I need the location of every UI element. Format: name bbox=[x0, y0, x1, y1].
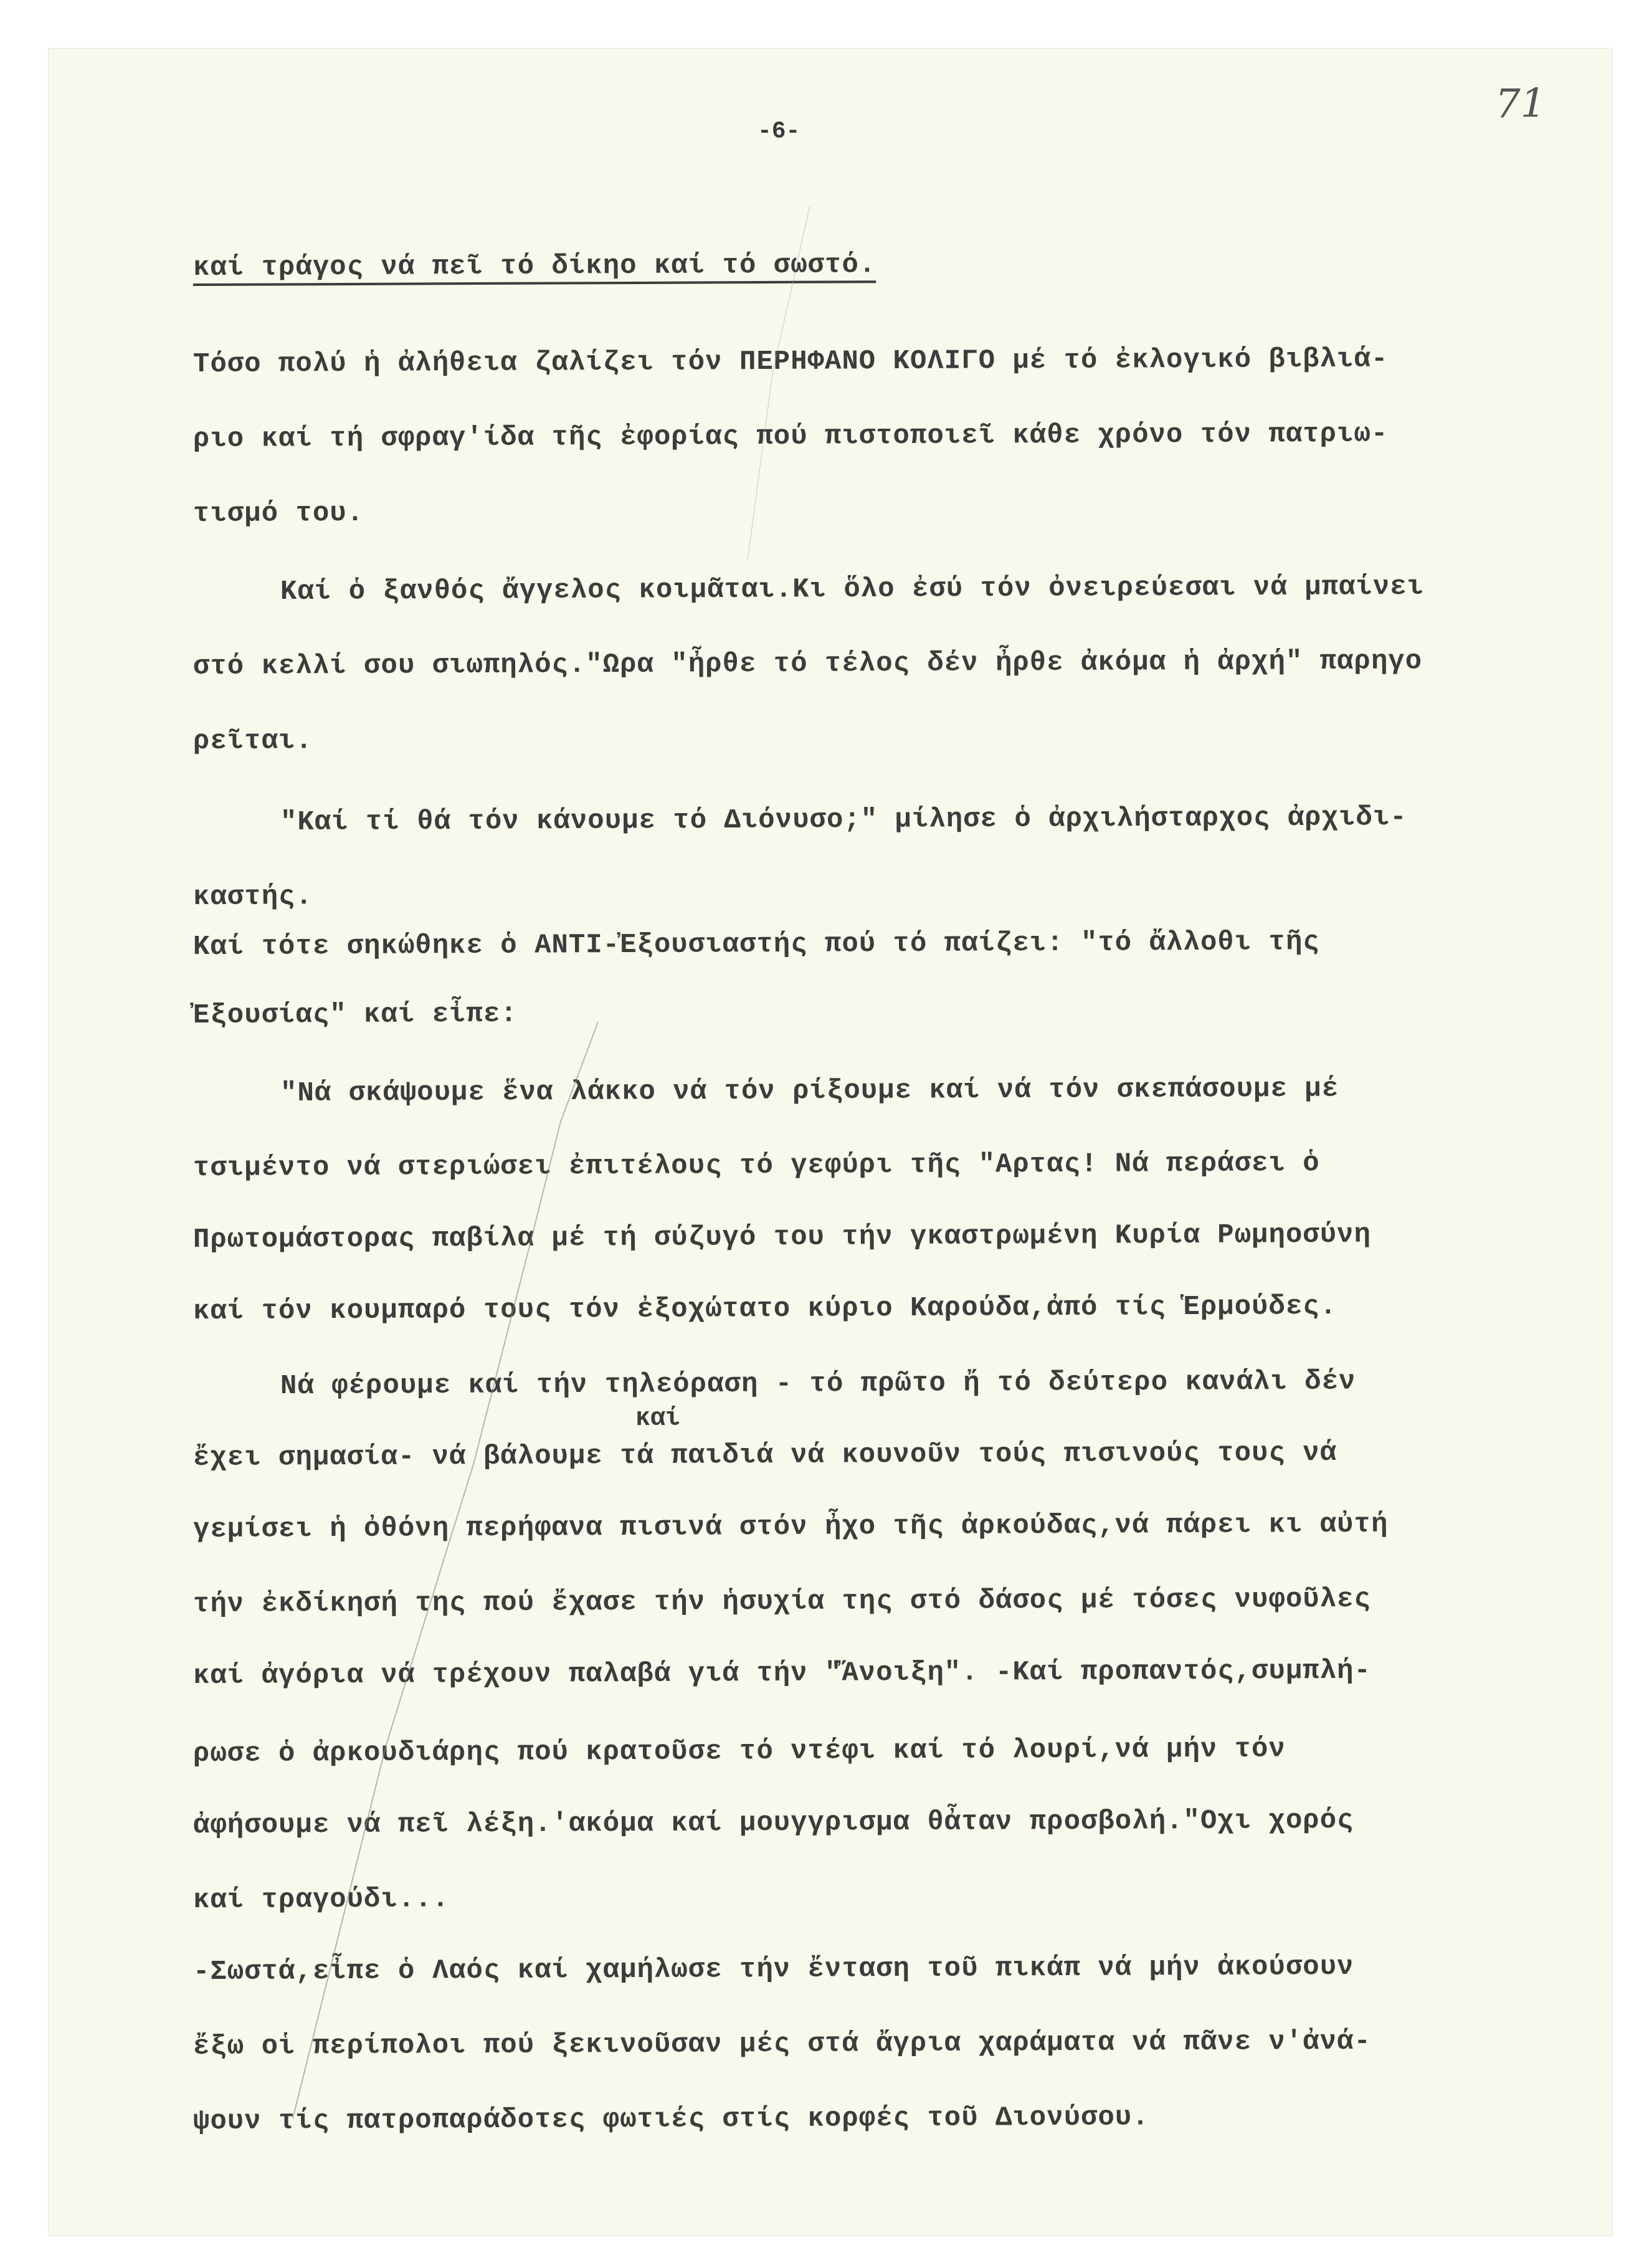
text-line: ψουν τίς πατροπαράδοτες φωτιές στίς κορφ… bbox=[193, 2102, 1149, 2137]
text-line: στό κελλί σου σιωπηλός."Ωρα "ἦρθε τό τέλ… bbox=[193, 646, 1422, 682]
text-line: Τόσο πολύ ἡ ἀλήθεια ζαλίζει τόν ΠΕΡΗΦΑΝΟ… bbox=[193, 344, 1389, 380]
text-line: ἔξω οἱ περίπολοι πού ξεκινοῦσαν μές στά … bbox=[193, 2026, 1371, 2062]
text-line-underlined: καί τράγος νά πεῖ τό δίκηο καί τό σωστό. bbox=[193, 249, 876, 283]
text-line: Καί τότε σηκώθηκε ὁ ΑΝΤΙ-Ἐξουσιαστής πού… bbox=[193, 927, 1320, 963]
text-line: τσιμέντο νά στεριώσει ἐπιτέλους τό γεφύρ… bbox=[193, 1148, 1320, 1184]
handwritten-insertion: καί bbox=[635, 1405, 680, 1433]
text-line: τισμό του. bbox=[193, 498, 364, 530]
text-line: "Καί τί θά τόν κάνουμε τό Διόνυσο;" μίλη… bbox=[280, 802, 1407, 838]
text-line: ριο καί τή σφραγ'ίδα τῆς ἐφορίας πού πισ… bbox=[193, 419, 1389, 455]
text-line: τήν ἐκδίκησή της πού ἔχασε τήν ἡσυχία τη… bbox=[193, 1584, 1371, 1620]
page-marker: -6- bbox=[758, 118, 800, 145]
text-line: Ἐξουσίας" καί εἶπε: bbox=[193, 999, 518, 1031]
text-line: ρωσε ὁ ἀρκουδιάρης πού κρατοῦσε τό ντέφι… bbox=[193, 1733, 1286, 1770]
text-line: Νά φέρουμε καί τήν τηλεόραση - τό πρῶτο … bbox=[280, 1366, 1356, 1402]
text-line: ἀφήσουμε νά πεῖ λέξη.'ακόμα καί μουγγρισ… bbox=[193, 1805, 1354, 1841]
text-line: "Νά σκάψουμε ἕνα λάκκο νά τόν ρίξουμε κα… bbox=[280, 1074, 1339, 1109]
text-line: καί ἀγόρια νά τρέχουν παλαβά γιά τήν "Ἄν… bbox=[193, 1656, 1371, 1692]
text-line: ρεῖται. bbox=[193, 725, 313, 757]
text-line: Καί ὁ ξανθός ἄγγελος κοιμᾶται.Κι ὅλο ἐσύ… bbox=[280, 571, 1424, 607]
text-line: Πρωτομάστορας παβίλα μέ τή σύζυγό του τή… bbox=[193, 1219, 1371, 1255]
text-line: καί τόν κουμπαρό τους τόν ἐξοχώτατο κύρι… bbox=[193, 1291, 1337, 1327]
text-line: ἔχει σημασία- νά βάλουμε τά παιδιά νά κο… bbox=[193, 1437, 1337, 1474]
text-line: γεμίσει ἡ ὀθόνη περήφανα πισινά στόν ἦχο… bbox=[193, 1509, 1389, 1545]
text-line: καί τραγούδι... bbox=[193, 1884, 449, 1916]
handwritten-folio-number: 71 bbox=[1495, 81, 1546, 127]
text-line: καστής. bbox=[193, 881, 313, 913]
text-line: -Σωστά,εἶπε ὁ Λαός καί χαμήλωσε τήν ἔντα… bbox=[193, 1951, 1354, 1988]
